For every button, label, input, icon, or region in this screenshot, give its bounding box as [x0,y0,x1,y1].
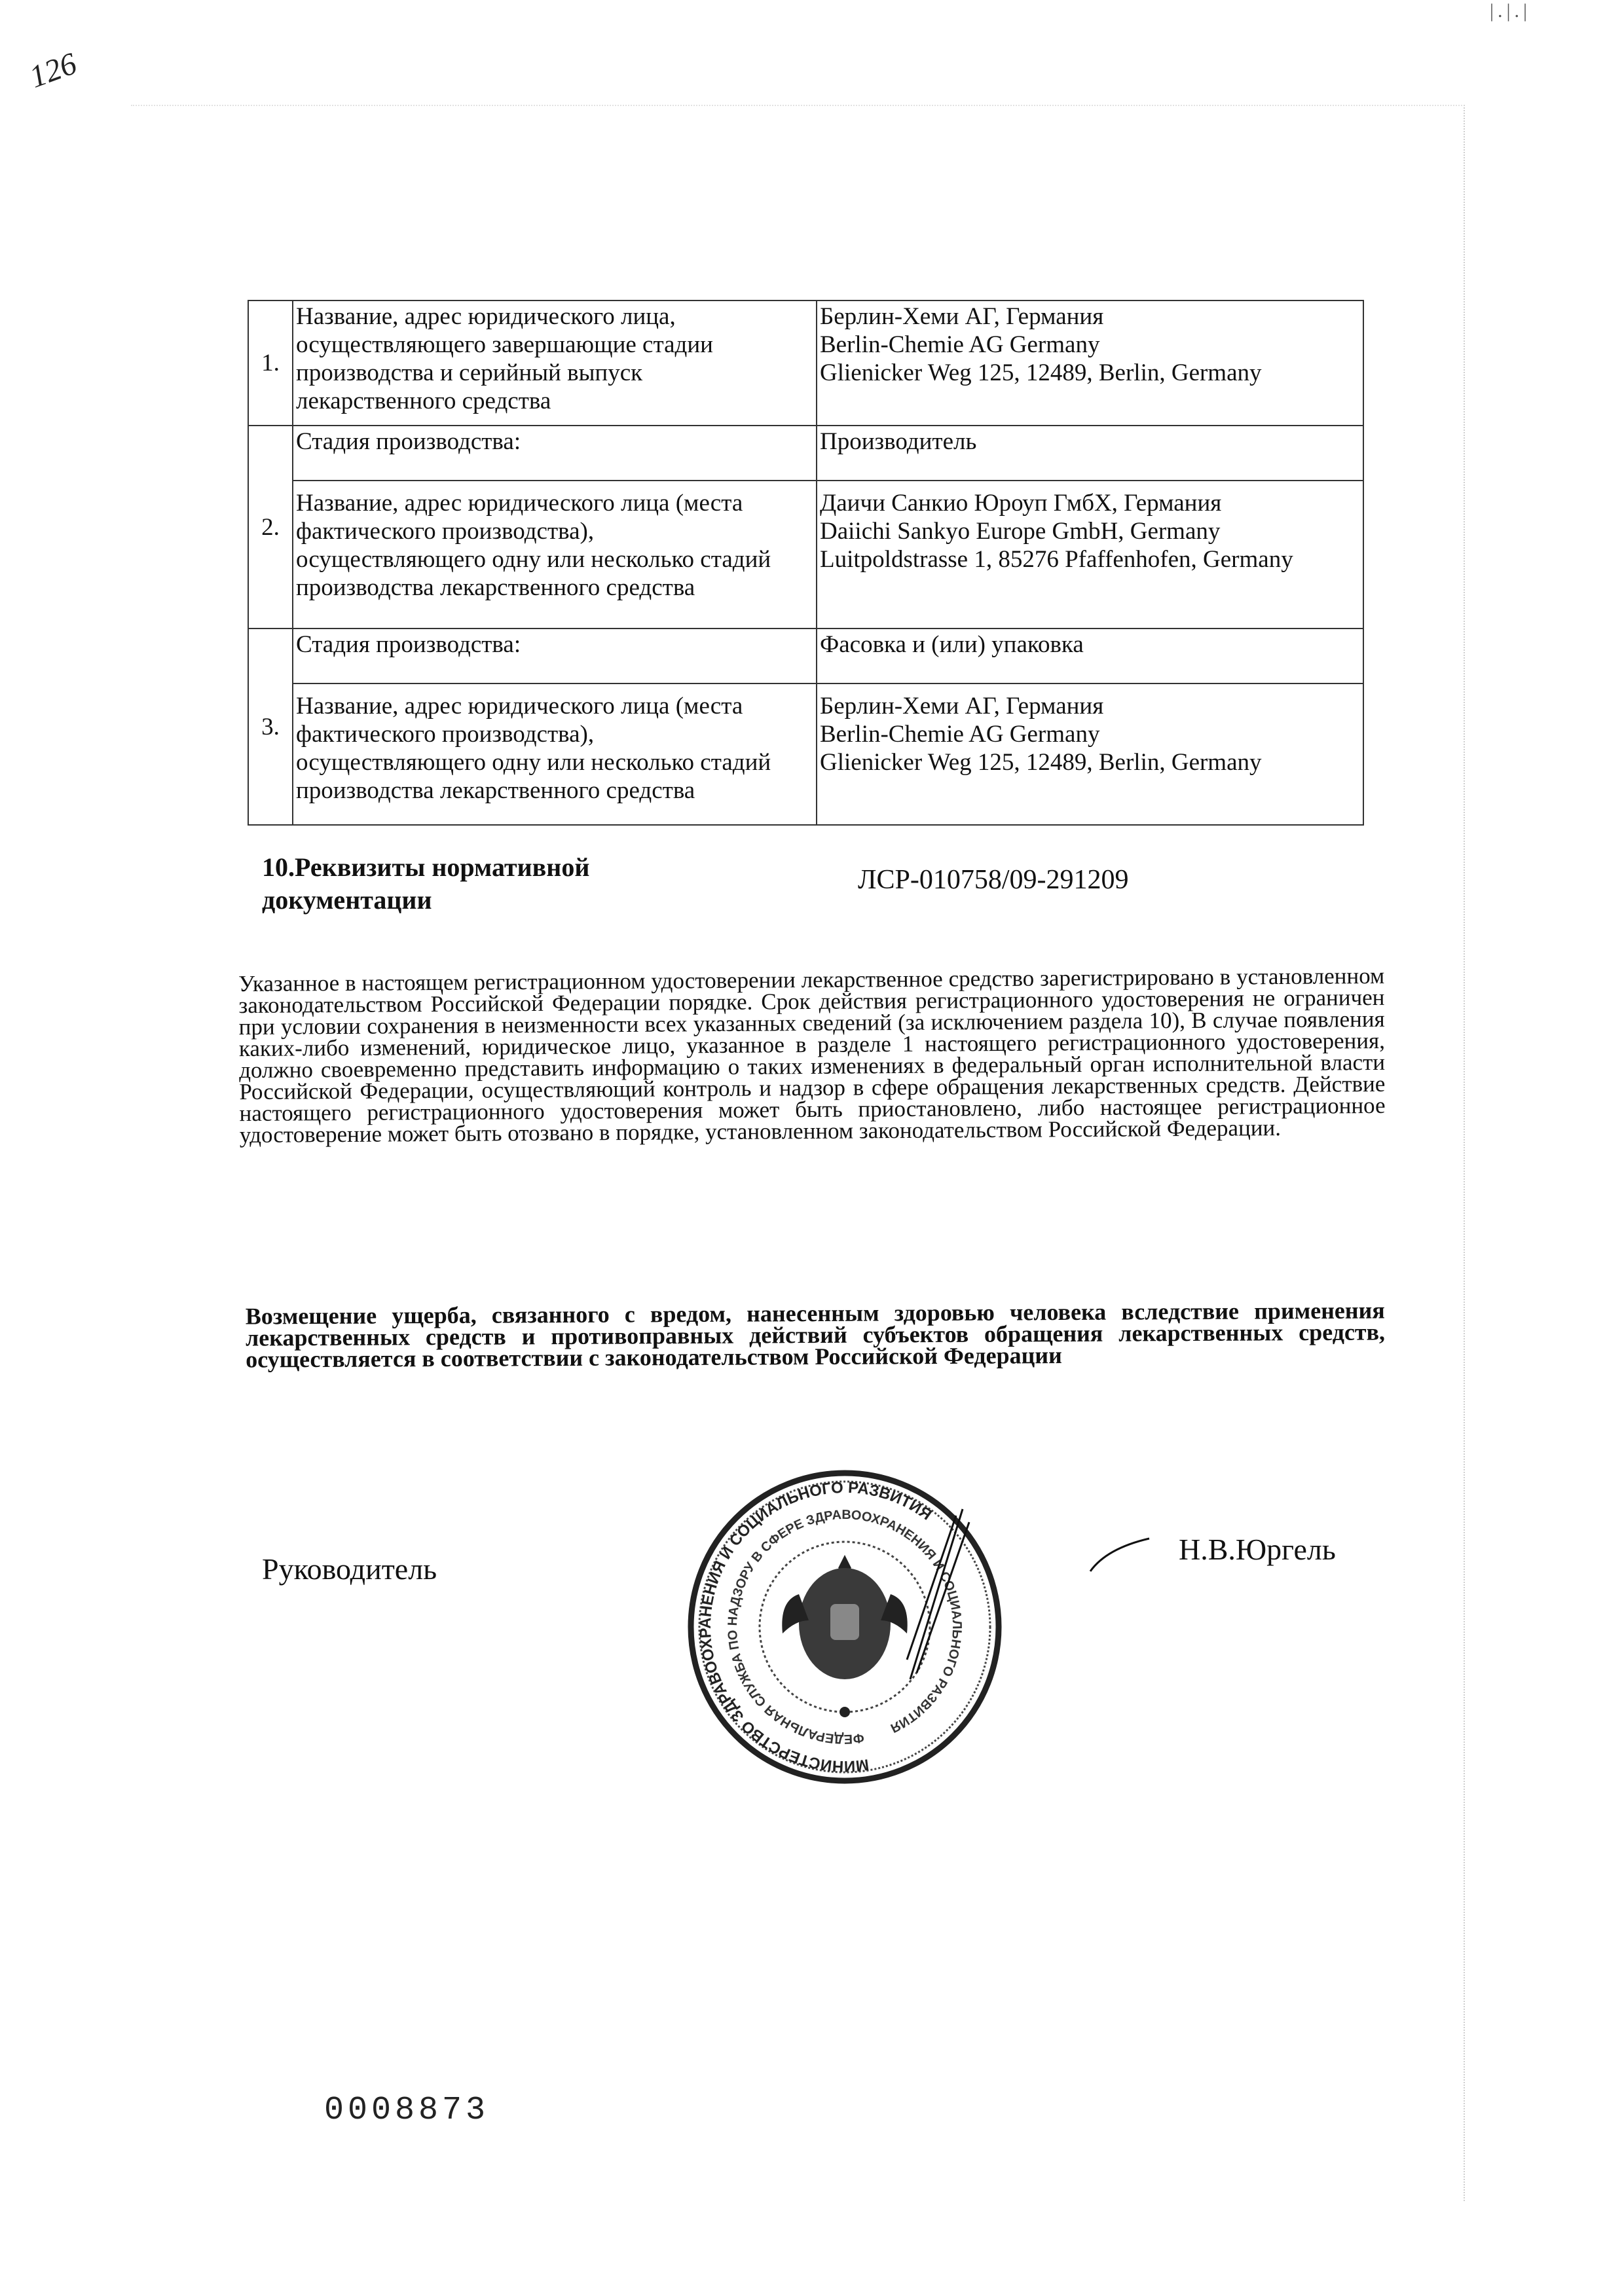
row-label: Название, адрес юридического лица, осуще… [293,301,817,426]
value-line: Даичи Санкио Юроуп ГмбХ, Германия [820,489,1360,517]
section-title-line: документации [262,884,720,917]
row-number: 3. [248,629,293,825]
label-line: осуществляющего одну или несколько стади… [296,748,813,776]
label-line: осуществляющего завершающие стадии [296,331,813,359]
stage-value: Фасовка и (или) упаковка [817,629,1363,683]
table-row: Название, адрес юридического лица (места… [248,481,1363,629]
value-line: Glienicker Weg 125, 12489, Berlin, Germa… [820,359,1360,387]
value-line: Берлин-Хеми АГ, Германия [820,302,1360,331]
row-value: Берлин-Хеми АГ, Германия Berlin-Chemie A… [817,683,1363,825]
label-line: осуществляющего одну или несколько стади… [296,545,813,574]
label-line: Название, адрес юридического лица (места [296,489,813,517]
value-line: Berlin-Chemie AG Germany [820,720,1360,748]
label-line: производства лекарственного средства [296,574,813,602]
stage-value: Производитель [817,426,1363,481]
signatory-title: Руководитель [262,1552,437,1586]
stage-label: Стадия производства: [293,629,817,683]
value-line: Берлин-Хеми АГ, Германия [820,692,1360,720]
official-seal-icon: МИНИСТЕРСТВО ЗДРАВООХРАНЕНИЯ И СОЦИАЛЬНО… [681,1463,1008,1791]
row-number: 1. [248,301,293,426]
value-line: Luitpoldstrasse 1, 85276 Pfaffenhofen, G… [820,545,1360,574]
signatory-name: Н.В.Юргель [1179,1532,1336,1567]
handwritten-mark: 126 [25,45,81,95]
label-line: Название, адрес юридического лица, [296,302,813,331]
corner-mark: |.|.| [1490,0,1531,22]
label-line: производства лекарственного средства [296,776,813,805]
stage-label: Стадия производства: [293,426,817,481]
table-row: 3. Стадия производства: Фасовка и (или) … [248,629,1363,683]
row-value: Берлин-Хеми АГ, Германия Berlin-Chemie A… [817,301,1363,426]
label-line: фактического производства), [296,517,813,545]
row-value: Даичи Санкио Юроуп ГмбХ, Германия Daiich… [817,481,1363,629]
signature-stroke-icon [1087,1535,1153,1575]
registration-number: ЛСР-010758/09-291209 [858,864,1129,896]
label-line: производства и серийный выпуск [296,359,813,387]
table-row: 2. Стадия производства: Производитель [248,426,1363,481]
value-line: Berlin-Chemie AG Germany [820,331,1360,359]
label-line: Название, адрес юридического лица (места [296,692,813,720]
row-label: Название, адрес юридического лица (места… [293,481,817,629]
value-line: Glienicker Weg 125, 12489, Berlin, Germa… [820,748,1360,776]
section-title-line: 10.Реквизиты нормативной [262,851,720,884]
damages-paragraph: Возмещение ущерба, связанного с вредом, … [246,1300,1385,1370]
row-number: 2. [248,426,293,629]
validity-paragraph: Указанное в настоящем регистрационном уд… [238,965,1386,1146]
row-label: Название, адрес юридического лица (места… [293,683,817,825]
table-row: 1. Название, адрес юридического лица, ос… [248,301,1363,426]
label-line: фактического производства), [296,720,813,748]
manufacturers-table: 1. Название, адрес юридического лица, ос… [248,300,1364,826]
label-line: лекарственного средства [296,387,813,415]
serial-number: 0008873 [324,2092,489,2129]
table-row: Название, адрес юридического лица (места… [248,683,1363,825]
section-10-title: 10.Реквизиты нормативной документации [262,851,720,917]
value-line: Daiichi Sankyo Europe GmbH, Germany [820,517,1360,545]
